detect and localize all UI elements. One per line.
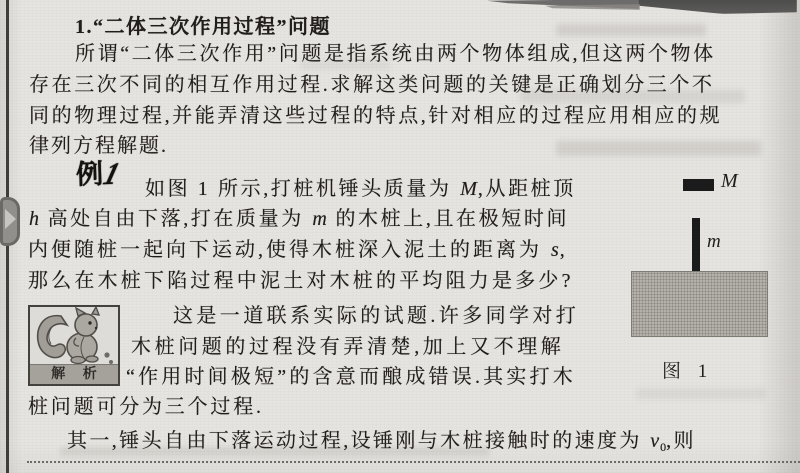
figure-hammer-block (683, 179, 714, 191)
analysis-line-2: 木桩问题的过程没有弄清楚,加上又不理解 (131, 335, 564, 359)
analysis-badge: 解 析 (30, 364, 118, 384)
section-title: 1.“二体三次作用过程”问题 (75, 15, 331, 39)
intro-line-4: 律列方程解题. (29, 134, 168, 158)
ghost-smudge (300, 60, 390, 70)
intro-line-1: 所谓“二体三次作用”问题是指系统由两个物体组成,但这两个物体 (75, 42, 716, 66)
figure-caption: 图 1 (662, 356, 713, 383)
example-line-4: 那么在木桩下陷过程中泥土对木桩的平均阻力是多少? (28, 269, 574, 293)
figure-ground-block (631, 271, 768, 337)
ghost-smudge (556, 24, 706, 36)
figure-pile-label: m (707, 231, 721, 253)
analysis-line-4: 桩问题可分为三个过程. (28, 395, 264, 419)
ghost-smudge (520, 90, 745, 103)
scanned-textbook-page: 1.“二体三次作用过程”问题 所谓“二体三次作用”问题是指系统由两个物体组成,但… (0, 0, 800, 473)
example-line-3: 内便随桩一起向下运动,使得木桩深入泥土的距离为 s, (28, 238, 568, 262)
intro-line-3: 同的物理过程,并能弄清这些过程的特点,针对相应的过程应用相应的规 (29, 104, 722, 128)
ghost-smudge (60, 447, 490, 456)
header-swoosh-graphic (634, 0, 797, 14)
page-edge-tab-icon (0, 197, 20, 246)
ghost-smudge (636, 388, 766, 399)
example-line-2: h 高处自由下落,打在质量为 m 的木桩上,且在极短时间 (28, 207, 569, 231)
ghost-smudge (556, 141, 761, 156)
analysis-callout-box: 解 析 (28, 305, 120, 386)
analysis-line-3: “作用时间极短”的含意而酿成错误.其实打木 (126, 365, 576, 389)
example-line-1: 如图 1 所示,打桩机锤头质量为 M,从距桩顶 (145, 177, 576, 201)
squirrel-icon (30, 307, 118, 365)
analysis-line-1: 这是一道联系实际的试题.许多同学对打 (173, 304, 579, 328)
example-1-label: 例1 (75, 158, 121, 190)
figure-pile-bar (692, 218, 700, 278)
bottom-dotted-divider (27, 461, 800, 463)
figure-hammer-label: M (721, 170, 738, 193)
